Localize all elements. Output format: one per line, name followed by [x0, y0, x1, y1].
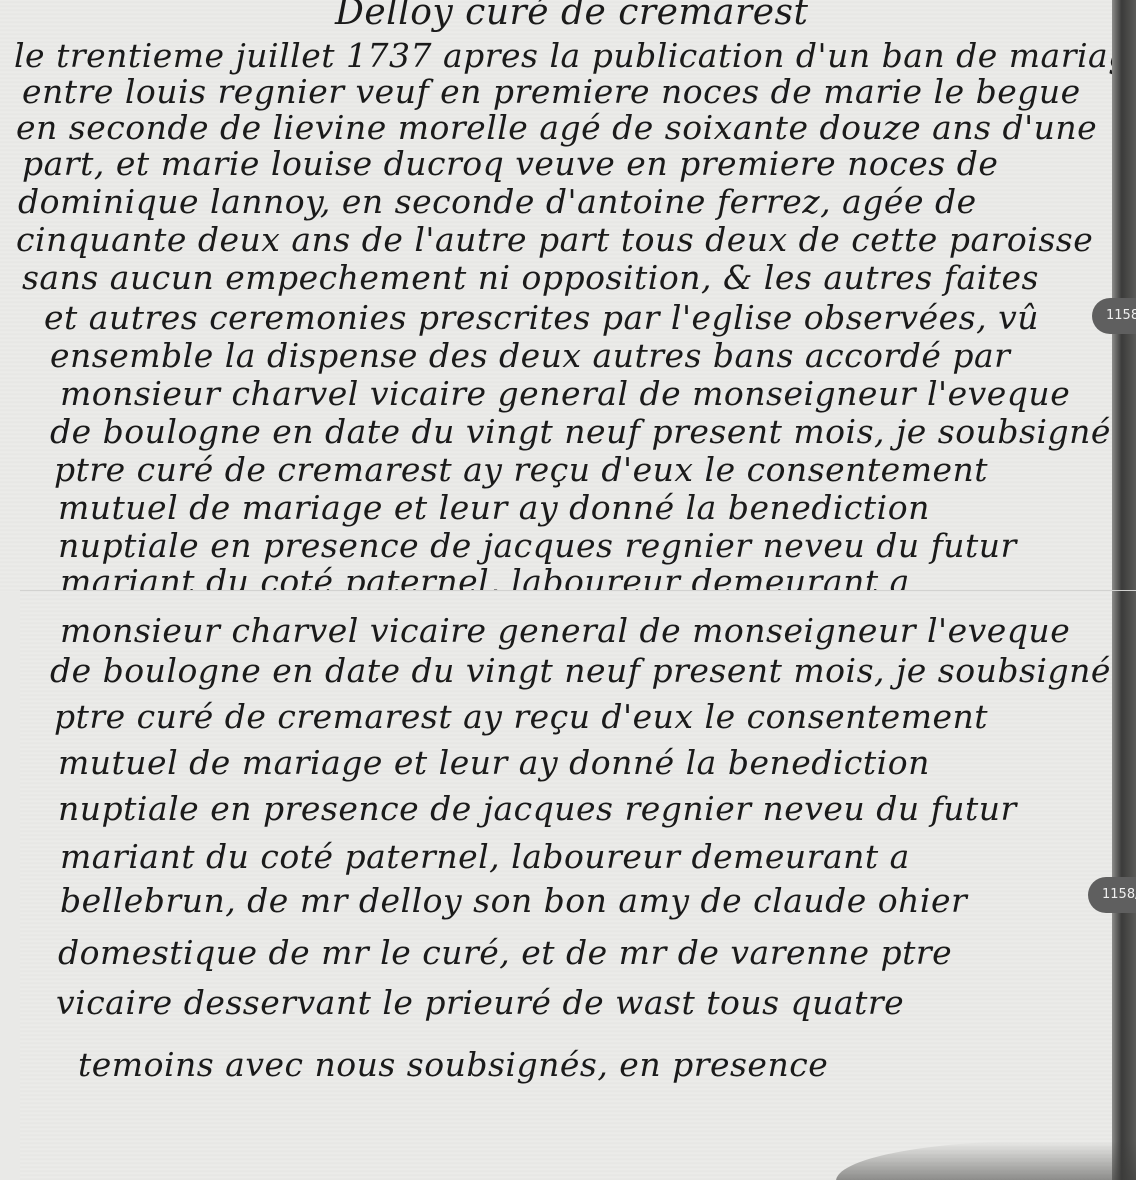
page-number-badge: 1158/ — [1092, 298, 1136, 334]
page-number-badge: 1158/1 — [1088, 877, 1136, 913]
manuscript-line: ensemble la dispense des deux autres ban… — [50, 336, 1010, 375]
manuscript-line: mutuel de mariage et leur ay donné la be… — [58, 488, 930, 527]
manuscript-line: ptre curé de cremarest ay reçu d'eux le … — [54, 697, 988, 736]
manuscript-line: de boulogne en date du vingt neuf presen… — [50, 412, 1111, 451]
manuscript-line: monsieur charvel vicaire general de mons… — [60, 374, 1070, 413]
manuscript-line: mariant du coté paternel, laboureur deme… — [60, 562, 910, 592]
manuscript-line: bellebrun, de mr delloy son bon amy de c… — [60, 881, 967, 920]
manuscript-line: temoins avec nous soubsignés, en presenc… — [78, 1045, 828, 1084]
manuscript-line: entre louis regnier veuf en premiere noc… — [22, 72, 1081, 111]
manuscript-line: nuptiale en presence de jacques regnier … — [58, 526, 1017, 565]
manuscript-line: mariant du coté paternel, laboureur deme… — [60, 837, 910, 876]
manuscript-line: mutuel de mariage et leur ay donné la be… — [58, 743, 930, 782]
manuscript-line: et autres ceremonies prescrites par l'eg… — [44, 298, 1039, 337]
manuscript-line: le trentieme juillet 1737 apres la publi… — [14, 36, 1136, 75]
record-heading: Delloy curé de cremarest — [335, 0, 808, 33]
manuscript-line: nuptiale en presence de jacques regnier … — [58, 789, 1017, 828]
manuscript-line: monsieur charvel vicaire general de mons… — [60, 611, 1070, 650]
manuscript-line: vicaire desservant le prieuré de wast to… — [56, 983, 904, 1022]
manuscript-line: de boulogne en date du vingt neuf presen… — [50, 651, 1111, 690]
manuscript-line: sans aucun empechement ni opposition, & … — [22, 258, 1039, 297]
manuscript-line: ptre curé de cremarest ay reçu d'eux le … — [54, 450, 988, 489]
manuscript-line: part, et marie louise ducroq veuve en pr… — [22, 144, 998, 183]
manuscript-line: dominique lannoy, en seconde d'antoine f… — [18, 182, 977, 221]
page-binding-edge — [1112, 0, 1136, 592]
manuscript-line: domestique de mr le curé, et de mr de va… — [58, 933, 952, 972]
manuscript-line: en seconde de lievine morelle agé de soi… — [16, 108, 1097, 147]
manuscript-strip-top: Delloy curé de cremarest le trentieme ju… — [0, 0, 1136, 592]
manuscript-line: cinquante deux ans de l'autre part tous … — [16, 220, 1093, 259]
manuscript-strip-bottom: monsieur charvel vicaire general de mons… — [20, 590, 1136, 1180]
page-corner-shadow — [836, 1141, 1136, 1180]
